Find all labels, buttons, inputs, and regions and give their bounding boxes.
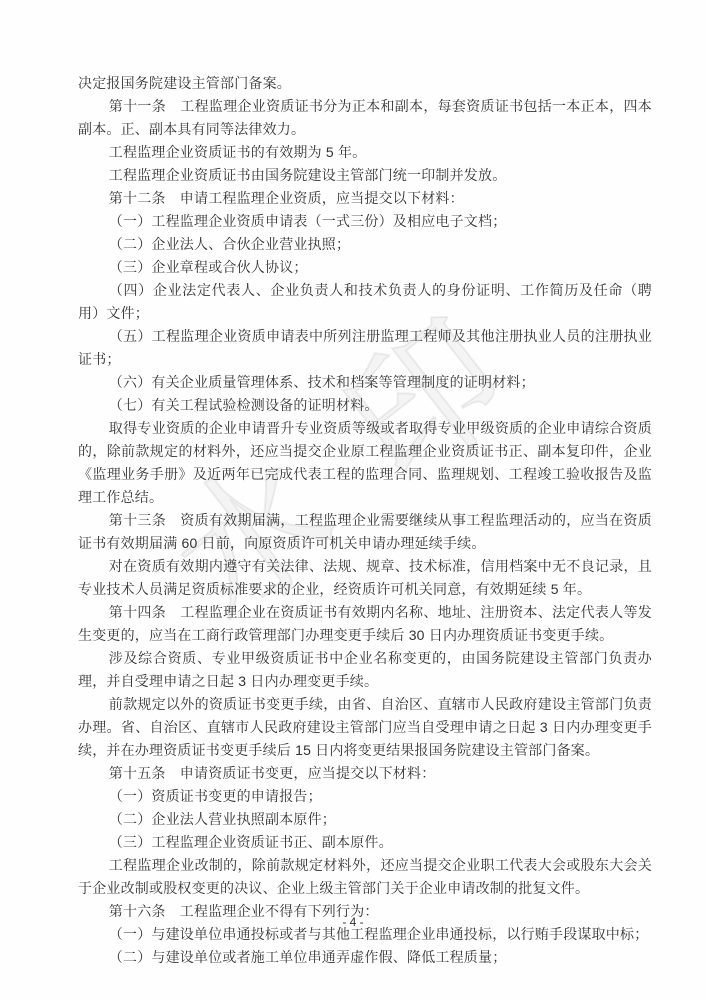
paragraph: （一）工程监理企业资质申请表（一式三份）及相应电子文档； bbox=[78, 210, 652, 233]
paragraph: （三）企业章程或合伙人协议； bbox=[78, 256, 652, 279]
page-number: - 4 - bbox=[0, 915, 706, 929]
paragraph: 第十一条 工程监理企业资质证书分为正本和副本，每套资质证书包括一本正本，四本副本… bbox=[78, 95, 652, 141]
paragraph: 工程监理企业改制的，除前款规定材料外，还应当提交企业职工代表大会或股东大会关于企… bbox=[78, 854, 652, 900]
paragraph: （四）企业法定代表人、企业负责人和技术负责人的身份证明、工作简历及任命（聘用）文… bbox=[78, 279, 652, 325]
paragraph: （三）工程监理企业资质证书正、副本原件。 bbox=[78, 831, 652, 854]
paragraph: （二）企业法人营业执照副本原件； bbox=[78, 808, 652, 831]
paragraph: 对在资质有效期内遵守有关法律、法规、规章、技术标准，信用档案中无不良记录，且专业… bbox=[78, 555, 652, 601]
document-body: 决定报国务院建设主管部门备案。第十一条 工程监理企业资质证书分为正本和副本，每套… bbox=[78, 72, 652, 969]
paragraph: 涉及综合资质、专业甲级资质证书中企业名称变更的，由国务院建设主管部门负责办理，并… bbox=[78, 647, 652, 693]
paragraph: （五）工程监理企业资质申请表中所列注册监理工程师及其他注册执业人员的注册执业证书… bbox=[78, 325, 652, 371]
paragraph: （六）有关企业质量管理体系、技术和档案等管理制度的证明材料； bbox=[78, 371, 652, 394]
paragraph: 第十二条 申请工程监理企业资质，应当提交以下材料： bbox=[78, 187, 652, 210]
paragraph: 工程监理企业资质证书的有效期为 5 年。 bbox=[78, 141, 652, 164]
paragraph: 第十三条 资质有效期届满，工程监理企业需要继续从事工程监理活动的，应当在资质证书… bbox=[78, 509, 652, 555]
paragraph: （二）与建设单位或者施工单位串通弄虚作假、降低工程质量； bbox=[78, 946, 652, 969]
paragraph: 决定报国务院建设主管部门备案。 bbox=[78, 72, 652, 95]
paragraph: 前款规定以外的资质证书变更手续，由省、自治区、直辖市人民政府建设主管部门负责办理… bbox=[78, 693, 652, 762]
paragraph: 取得专业资质的企业申请晋升专业资质等级或者取得专业甲级资质的企业申请综合资质的，… bbox=[78, 417, 652, 509]
paragraph: 第十四条 工程监理企业在资质证书有效期内名称、地址、注册资本、法定代表人等发生变… bbox=[78, 601, 652, 647]
paragraph: 工程监理企业资质证书由国务院建设主管部门统一印制并发放。 bbox=[78, 164, 652, 187]
paragraph: （七）有关工程试验检测设备的证明材料。 bbox=[78, 394, 652, 417]
document-page: 水印 决定报国务院建设主管部门备案。第十一条 工程监理企业资质证书分为正本和副本… bbox=[0, 0, 706, 1000]
paragraph: 第十五条 申请资质证书变更，应当提交以下材料： bbox=[78, 762, 652, 785]
paragraph: （一）资质证书变更的申请报告； bbox=[78, 785, 652, 808]
paragraph: （二）企业法人、合伙企业营业执照； bbox=[78, 233, 652, 256]
